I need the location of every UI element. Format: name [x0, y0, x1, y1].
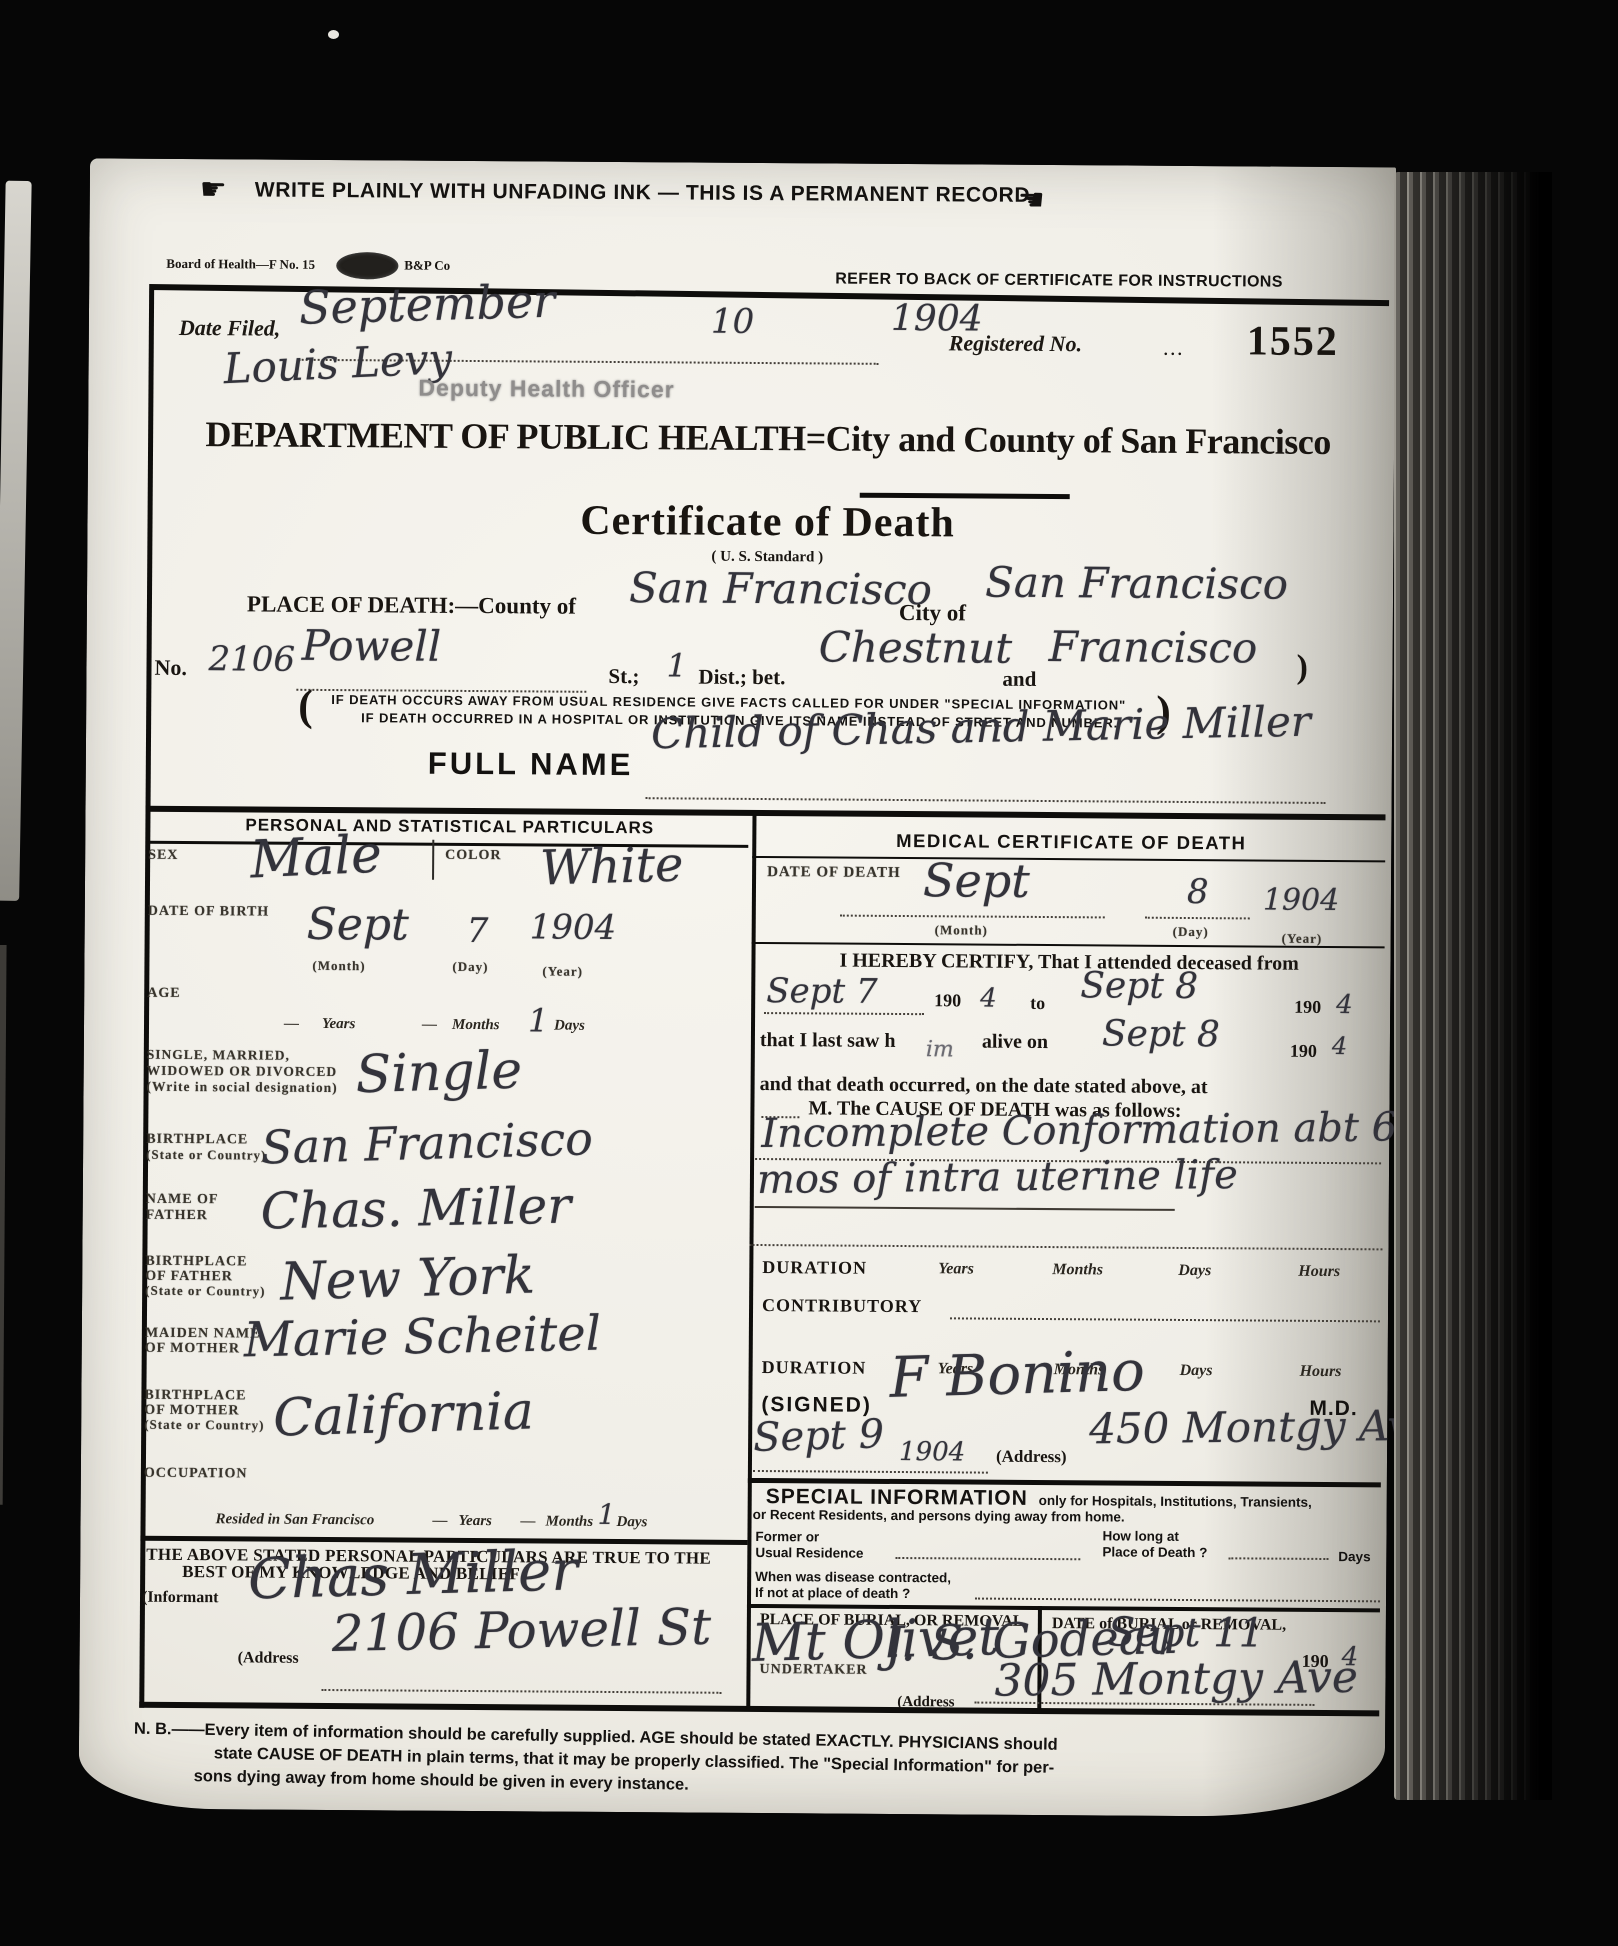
registered-no-label: Registered No. — [949, 331, 1082, 355]
dod-year-caption: (Year) — [1282, 932, 1323, 947]
last-saw-date-value: Sept 8 — [1102, 1016, 1220, 1053]
former-residence-label-line2: Usual Residence — [755, 1546, 863, 1561]
board-of-health-label: Board of Health—F No. 15 — [166, 257, 315, 272]
county-value: San Francisco — [629, 567, 932, 611]
mother-maiden-value: Marie Scheitel — [243, 1310, 601, 1365]
date-of-death-year-value: 1904 — [1263, 886, 1340, 917]
attended-to-label: to — [1030, 994, 1045, 1013]
age-months-dash: — — [422, 1018, 437, 1033]
marital-value: Single — [355, 1045, 523, 1102]
undertaker-label: UNDERTAKER — [759, 1662, 867, 1678]
scanned-death-certificate: ☛ WRITE PLAINLY WITH UNFADING INK — THIS… — [0, 0, 1618, 1946]
sex-value: Male — [249, 829, 383, 887]
duration-days-label: Days — [1178, 1263, 1211, 1279]
city-value: San Francisco — [985, 562, 1288, 606]
dob-month-caption: (Month) — [312, 959, 365, 974]
printer-label: B&P Co — [404, 259, 450, 273]
dob-day-value: 7 — [467, 914, 489, 948]
resided-days-label: Days — [617, 1515, 648, 1530]
signed-year-value: 1904 — [899, 1439, 965, 1465]
last-saw-year-print: 190 — [1290, 1042, 1317, 1061]
how-long-label-line1: How long at — [1102, 1529, 1179, 1544]
cause-line1-value: Incomplete Conformation abt 6½ — [761, 1107, 1436, 1154]
birthplace-caption: (State or Country) — [146, 1148, 266, 1163]
mother-birthplace-label-line1: BIRTHPLACE — [144, 1388, 246, 1404]
place-of-death-label: PLACE OF DEATH:—County of — [247, 592, 576, 618]
age-days-label: Days — [554, 1019, 585, 1034]
informant-address-value: 2106 Powell St — [331, 1602, 711, 1659]
special-info-header-rest2: or Recent Residents, and persons dying a… — [753, 1508, 1125, 1525]
duration-hours-label: Hours — [1298, 1264, 1340, 1280]
last-saw-fill-value: im — [926, 1039, 954, 1061]
marital-label-line1: SINGLE, MARRIED, — [147, 1048, 290, 1064]
dod-day-caption: (Day) — [1173, 925, 1209, 940]
color-divider-bar — [432, 840, 434, 880]
father-name-value: Chas. Miller — [260, 1181, 571, 1237]
resided-label: Resided in San Francisco — [216, 1512, 375, 1528]
disease-contracted-label-line2: If not at place of death ? — [755, 1586, 910, 1601]
how-long-label-line2: Place of Death ? — [1102, 1545, 1207, 1560]
age-months-label: Months — [452, 1018, 500, 1033]
occupation-label: OCCUPATION — [144, 1466, 248, 1482]
manicule-right-icon: ☛ — [200, 174, 227, 206]
dob-month-value: Sept — [307, 903, 409, 948]
physician-signature: F Bonino — [889, 1344, 1146, 1407]
duration2-days-label: Days — [1180, 1363, 1213, 1379]
between-street-2-value: Francisco — [1049, 626, 1258, 669]
attended-from-value: Sept 7 — [766, 974, 878, 1009]
st-label: St.; — [608, 665, 639, 687]
dod-month-caption: (Month) — [935, 923, 988, 938]
resided-years-dash: — — [433, 1514, 448, 1529]
contributory-label: CONTRIBUTORY — [762, 1296, 922, 1316]
cause-line2-value: mos of intra uterine life — [757, 1155, 1238, 1200]
book-left-dark-edge — [0, 945, 7, 1505]
age-years-label: Years — [322, 1017, 355, 1032]
dob-year-value: 1904 — [530, 910, 617, 945]
closing-paren: ) — [1296, 650, 1308, 686]
age-years-dash: — — [284, 1017, 299, 1032]
book-left-page-edge — [0, 181, 32, 901]
book-page-edges — [1394, 172, 1552, 1800]
duration-label: DURATION — [762, 1258, 867, 1278]
birthplace-label: BIRTHPLACE — [146, 1132, 248, 1148]
duration2-label: DURATION — [762, 1358, 867, 1378]
date-filed-label: Date Filed, — [179, 316, 281, 340]
resided-months-dash: — — [521, 1514, 536, 1529]
signed-address-value: 450 Montgy Ave — [1089, 1405, 1436, 1451]
birthplace-value: San Francisco — [261, 1115, 594, 1170]
father-birthplace-caption: (State or Country) — [145, 1284, 265, 1299]
dob-label: DATE OF BIRTH — [148, 904, 270, 920]
attended-to-value: Sept 8 — [1080, 968, 1198, 1005]
company-stamp-icon — [336, 252, 398, 279]
page-tilt-group: ☛ WRITE PLAINLY WITH UNFADING INK — THIS… — [0, 0, 1618, 1946]
manicule-left-icon: ☚ — [1018, 185, 1045, 217]
registered-no-dots: ... — [1164, 343, 1185, 360]
duration-months-label: Months — [1052, 1262, 1103, 1278]
disease-contracted-label-line1: When was disease contracted, — [755, 1570, 951, 1586]
date-of-death-day-value: 8 — [1187, 875, 1209, 909]
mother-birthplace-value: California — [273, 1385, 535, 1444]
registered-no-value: 1552 — [1247, 319, 1339, 364]
duration-years-label: Years — [938, 1261, 974, 1277]
resided-years-label: Years — [459, 1514, 492, 1529]
between-street-1-value: Chestnut — [819, 626, 1013, 669]
attended-to-year-value: 4 — [1336, 992, 1353, 1018]
father-name-label-line1: NAME OF — [146, 1192, 219, 1208]
district-label: Dist.; bet. — [698, 666, 785, 689]
last-saw-statement: that I last saw h — [760, 1030, 896, 1052]
last-saw-year-value: 4 — [1332, 1034, 1347, 1058]
undertaker-address-value: 305 Montgy Ave — [994, 1656, 1358, 1704]
marital-label-line2: WIDOWED OR DIVORCED — [147, 1064, 338, 1080]
resided-days-value: 1 — [598, 1501, 616, 1529]
street-name-value: Powell — [302, 625, 442, 668]
death-occurred-statement: and that death occurred, on the date sta… — [760, 1074, 1208, 1098]
attended-from-year-value: 4 — [980, 986, 997, 1012]
undertaker-address-label: (Address — [897, 1695, 954, 1711]
resided-months-label: Months — [546, 1515, 594, 1530]
note-open-paren: ( — [298, 683, 313, 729]
full-name-value: Child of Chas and Marie Miller — [651, 701, 1312, 756]
duration2-hours-label: Hours — [1300, 1364, 1342, 1380]
date-of-death-label: DATE OF DEATH — [767, 864, 901, 881]
signed-address-label: (Address) — [996, 1448, 1067, 1466]
informant-label: (Informant — [142, 1590, 219, 1607]
refer-back-note: REFER TO BACK OF CERTIFICATE FOR INSTRUC… — [835, 272, 1283, 292]
and-label: and — [1002, 668, 1036, 690]
street-no-value: 2106 — [208, 642, 295, 677]
certificate-title: Certificate of Death — [147, 496, 1387, 549]
alive-on-label: alive on — [982, 1032, 1048, 1053]
marital-label-line3: (Write in social designation) — [147, 1080, 338, 1096]
sex-label: SEX — [148, 848, 178, 864]
certify-statement: I HEREBY CERTIFY, That I attended deceas… — [839, 951, 1298, 975]
father-name-label-line2: FATHER — [146, 1208, 208, 1224]
age-label: AGE — [147, 986, 180, 1002]
father-birthplace-label-line1: BIRTHPLACE — [145, 1254, 247, 1270]
officer-title-stamp: Deputy Health Officer — [418, 376, 674, 402]
informant-value: Chas Miller — [247, 1543, 578, 1608]
signed-date-value: Sept 9 — [753, 1414, 885, 1458]
full-name-label: FULL NAME — [428, 748, 634, 782]
date-filed-day-value: 10 — [711, 305, 755, 339]
mother-maiden-label-line2: OF MOTHER — [145, 1341, 240, 1357]
date-filed-month-value: September — [298, 278, 555, 331]
district-no-value: 1 — [666, 649, 687, 681]
city-label: City of — [899, 601, 966, 626]
former-residence-label-line1: Former or — [755, 1530, 819, 1545]
attended-to-year-print: 190 — [1294, 998, 1321, 1017]
dob-year-caption: (Year) — [542, 965, 583, 980]
special-info-header-rest1: only for Hospitals, Institutions, Transi… — [1039, 1494, 1312, 1510]
how-long-days-label: Days — [1338, 1550, 1370, 1564]
color-label: COLOR — [445, 848, 501, 864]
date-of-death-month-value: Sept — [923, 857, 1030, 904]
age-days-value: 1 — [528, 1004, 549, 1036]
dob-day-caption: (Day) — [452, 960, 488, 975]
mother-birthplace-caption: (State or Country) — [144, 1418, 264, 1433]
attended-from-year-print: 190 — [934, 991, 961, 1010]
color-value: White — [539, 840, 684, 892]
informant-address-label: (Address — [238, 1650, 299, 1667]
street-no-label: No. — [154, 656, 187, 679]
father-birthplace-value: New York — [279, 1250, 535, 1309]
